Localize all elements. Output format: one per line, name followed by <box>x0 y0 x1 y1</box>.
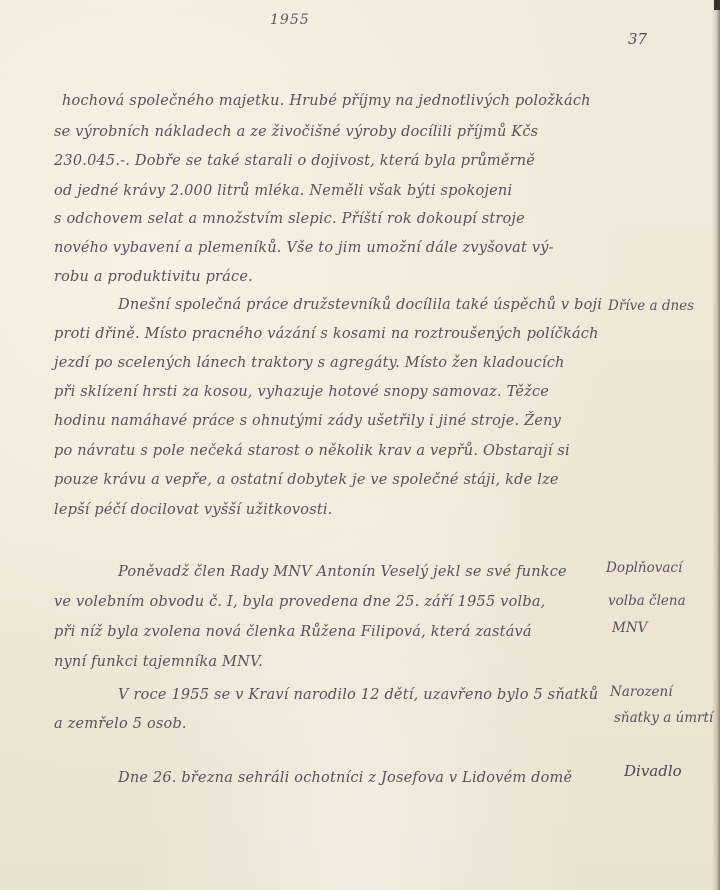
text-line: s odchovem selat a množstvím slepic. Pří… <box>54 211 525 227</box>
text-line: od jedné krávy 2.000 litrů mléka. Neměli… <box>54 183 512 199</box>
text-line: po návratu s pole nečeká starost o někol… <box>54 443 570 459</box>
margin-note-before-after: Dříve a dnes <box>608 298 694 314</box>
text-line: Dnešní společná práce družstevníků docíl… <box>118 297 602 313</box>
text-line: pouze krávu a vepře, a ostatní dobytek j… <box>54 472 559 488</box>
text-line: robu a produktivitu práce. <box>54 269 253 285</box>
text-line: V roce 1955 se v Kraví narodilo 12 dětí,… <box>118 687 598 703</box>
text-line: při sklízení hrsti za kosou, vyhazuje ho… <box>54 384 549 400</box>
margin-note-births-1: Narození <box>610 684 673 700</box>
page-edge-shadow <box>712 0 720 890</box>
margin-note-election-1: Doplňovací <box>606 560 682 576</box>
text-line: nyní funkci tajemníka MNV. <box>54 654 263 670</box>
text-line: při níž byla zvolena nová členka Růžena … <box>54 624 532 640</box>
text-line: se výrobních nákladech a ze živočišné vý… <box>54 124 538 140</box>
text-line: ve volebním obvodu č. I, byla provedena … <box>54 594 545 610</box>
margin-note-births-2: sňatky a úmrtí <box>614 710 713 726</box>
margin-note-election-3: MNV <box>612 620 647 636</box>
page-corner <box>714 0 720 10</box>
text-line: hodinu namáhavé práce s ohnutými zády uš… <box>54 413 561 429</box>
header-year: 1955 <box>270 12 310 28</box>
margin-note-election-2: volba člena <box>608 593 686 609</box>
text-line: a zemřelo 5 osob. <box>54 716 187 732</box>
text-line: Poněvadž člen Rady MNV Antonín Veselý je… <box>118 564 567 580</box>
text-line: jezdí po scelených lánech traktory s agr… <box>54 355 565 371</box>
text-line: hochová společného majetku. Hrubé příjmy… <box>62 93 591 109</box>
text-line: proti dřině. Místo pracného vázání s kos… <box>54 326 599 342</box>
margin-note-theatre: Divadlo <box>624 762 682 780</box>
handwritten-chronicle-page: 1955 37 hochová společného majetku. Hrub… <box>0 0 720 890</box>
text-line: 230.045.-. Dobře se také starali o dojiv… <box>54 153 535 169</box>
text-line: lepší péčí docilovat vyšší užitkovosti. <box>54 502 333 518</box>
text-line: nového vybavení a plemeníků. Vše to jim … <box>54 240 554 256</box>
text-line: Dne 26. března sehráli ochotníci z Josef… <box>118 770 572 786</box>
page-number: 37 <box>628 30 647 48</box>
